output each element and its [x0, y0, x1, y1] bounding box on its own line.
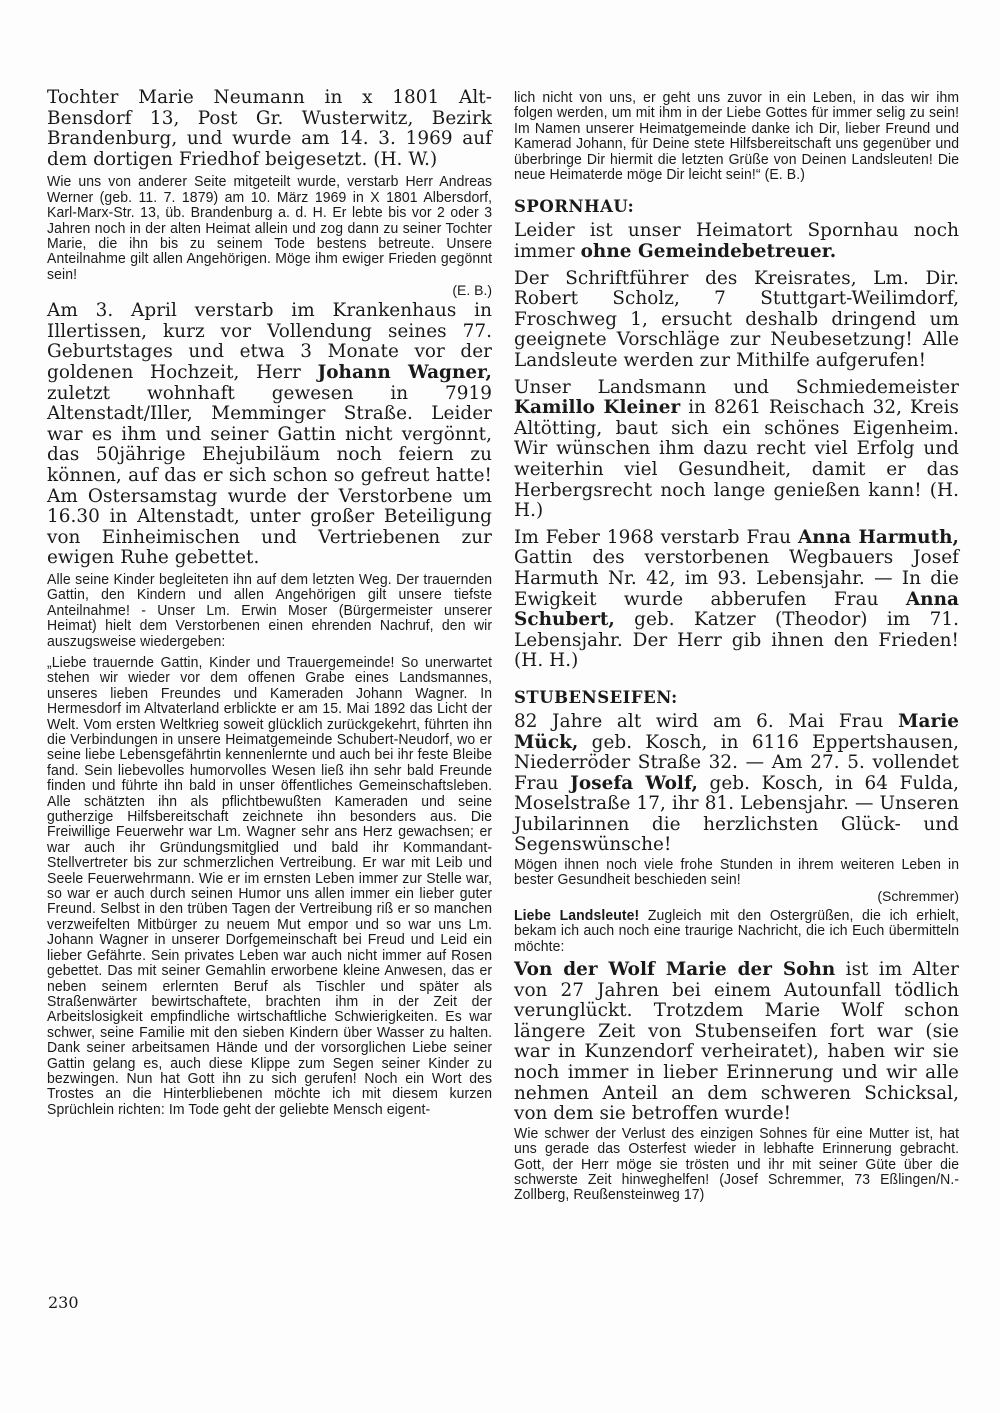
name-josefa-wolf: Josefa Wolf,	[570, 773, 698, 794]
paragraph-andreas-werner: Wie uns von anderer Seite mitgeteilt wur…	[47, 175, 492, 283]
paragraph-dear-countrymen: Liebe Landsleute! Zugleich mit den Oster…	[514, 909, 959, 955]
name-johann-wagner: Johann Wagner,	[317, 362, 492, 383]
name-wolf-marie-son: Von der Wolf Marie der Sohn	[514, 959, 835, 980]
heading-stubenseifen: STUBENSEIFEN:	[514, 688, 959, 708]
paragraph-wolf-son-accident: Von der Wolf Marie der Sohn ist im Alter…	[514, 960, 959, 1125]
paragraph-kamillo-kleiner: Unser Landsmann und Schmiedemeister Kami…	[514, 378, 959, 522]
paragraph-spornhau-call-for-proposals: Der Schriftführer des Kreisrates, Lm. Di…	[514, 269, 959, 372]
paragraph-birthdays: 82 Jahre alt wird am 6. Mai Frau Marie M…	[514, 712, 959, 856]
signature-schremmer: (Schremmer)	[514, 889, 959, 904]
paragraph-spornhau-no-caretaker: Leider ist unser Heimatort Spornhau noch…	[514, 221, 959, 262]
paragraph-condolence-schremmer: Wie schwer der Verlust des einzigen Sohn…	[514, 1127, 959, 1204]
paragraph-funeral-children: Alle seine Kinder begleiteten ihn auf de…	[47, 573, 492, 650]
right-column: lich nicht von uns, er geht uns zuvor in…	[514, 91, 959, 1204]
heading-spornhau: SPORNHAU:	[514, 197, 959, 217]
name-anna-harmuth: Anna Harmuth,	[798, 527, 959, 548]
section-stubenseifen: STUBENSEIFEN: 82 Jahre alt wird am 6. Ma…	[514, 688, 959, 1204]
signature-eb: (E. B.)	[47, 283, 492, 298]
paragraph-eulogy: „Liebe trauernde Gattin, Kinder und Trau…	[47, 656, 492, 1118]
paragraph-harmuth-schubert-deaths: Im Feber 1968 verstarb Frau Anna Harmuth…	[514, 528, 959, 672]
left-column: Tochter Marie Neumann in x 1801 Alt-Bens…	[47, 88, 492, 1118]
section-spornhau: SPORNHAU: Leider ist unser Heimatort Spo…	[514, 197, 959, 671]
page-number: 230	[48, 1293, 79, 1312]
paragraph-johann-wagner-obituary: Am 3. April verstarb im Krankenhaus in I…	[47, 301, 492, 569]
paragraph-eulogy-continued: lich nicht von uns, er geht uns zuvor in…	[514, 91, 959, 183]
name-kamillo-kleiner: Kamillo Kleiner	[514, 397, 680, 418]
newspaper-page: Tochter Marie Neumann in x 1801 Alt-Bens…	[0, 0, 1000, 1413]
paragraph-birthday-wishes: Mögen ihnen noch viele frohe Stunden in …	[514, 858, 959, 889]
paragraph-neumann-burial: Tochter Marie Neumann in x 1801 Alt-Bens…	[47, 88, 492, 170]
